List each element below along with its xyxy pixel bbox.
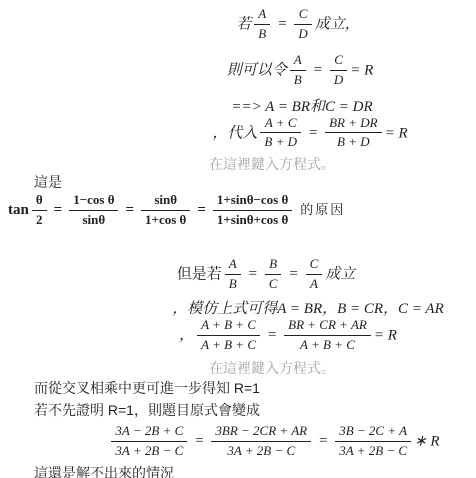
equation-placeholder-text[interactable]: 在這裡鍵入方程式。 xyxy=(209,360,335,376)
equals-sign: = xyxy=(308,125,318,141)
intro-text: 這是 xyxy=(34,173,476,190)
fraction-numerator: A + B + C xyxy=(197,317,260,336)
body-text-conclusion: 這還是解不出來的情況 xyxy=(34,464,476,478)
equation-line-8: 3A − 2B + C3A + 2B − C=3BR − 2CR + AR3A … xyxy=(36,423,476,460)
fraction-b-over-c: BC xyxy=(265,256,282,293)
eq2-tail: = R xyxy=(350,62,373,78)
equation-placeholder-1: 在這裡鍵入方程式。 xyxy=(34,154,476,171)
fraction-sum-ac-over-bd: A + CB + D xyxy=(260,115,301,152)
fraction-numerator: sinθ xyxy=(141,192,190,211)
eq3-left: ==> A = BR xyxy=(231,99,310,115)
fraction-sin-cos-combined: 1+sinθ−cos θ1+sinθ+cos θ xyxy=(213,192,292,229)
eq1-suffix: 成立， xyxy=(315,15,360,32)
equals-sign: = xyxy=(248,266,258,282)
fraction-numerator: A xyxy=(225,256,241,275)
body-text: 而從交叉相乘中更可進一步得知 R=1 xyxy=(34,380,260,396)
body-text-cross-multiply: 而從交叉相乘中更可進一步得知 R=1 xyxy=(34,379,476,398)
fraction-numerator: θ xyxy=(32,192,47,211)
eq2-prefix: 則可以令 xyxy=(227,61,287,78)
equation-line-1: 若AB=CD成立， xyxy=(60,6,476,43)
eq4-prefix: ，代入 xyxy=(212,124,257,141)
eq8-tail: ∗ R xyxy=(414,433,439,449)
fraction-denominator: 3A + 2B − C xyxy=(111,442,187,460)
fraction-numerator: BR + CR + AR xyxy=(284,317,371,336)
fraction-numerator: B xyxy=(265,256,282,275)
eq3-right: C = DR xyxy=(325,99,373,115)
fraction-brdr-over-bd: BR + DRB + D xyxy=(325,115,381,152)
fraction-abc-over-abc: A + B + CA + B + C xyxy=(197,317,260,354)
equals-sign: = xyxy=(318,433,328,449)
fraction-c-over-a: CA xyxy=(306,256,323,293)
eq7-prefix: ， xyxy=(179,326,194,343)
fraction-denominator: 3A + 2B − C xyxy=(211,442,311,460)
fraction-numerator: C xyxy=(330,52,347,71)
eq5-suffix: 成立 xyxy=(325,265,355,282)
body-text: 這還是解不出來的情況 xyxy=(34,465,174,478)
fraction-theta-over-2: θ2 xyxy=(32,192,47,229)
fraction-c-over-d: CD xyxy=(294,6,311,43)
intro-label: 這是 xyxy=(34,174,62,190)
tan-identity-equation: tanθ2=1−cos θsinθ=sinθ1+cos θ=1+sinθ−cos… xyxy=(8,192,476,229)
fraction-denominator: 3A + 2B − C xyxy=(335,442,411,460)
fraction-numerator: A xyxy=(290,52,306,71)
equals-sign: = xyxy=(197,202,206,218)
fraction-denominator: D xyxy=(294,25,311,43)
equation-line-2: 則可以令AB=CD= R xyxy=(62,52,476,89)
equals-sign: = xyxy=(313,62,323,78)
fraction-numerator: 1+sinθ−cos θ xyxy=(213,192,292,211)
fraction-numerator: 3A − 2B + C xyxy=(111,423,187,442)
equation-line-6: ，模仿上式可得A = BR，B = CR，C = AR xyxy=(70,297,476,315)
equals-sign: = xyxy=(54,202,63,218)
fraction-numerator: A xyxy=(254,6,270,25)
equals-sign: = xyxy=(194,433,204,449)
fraction-denominator: B xyxy=(290,71,306,89)
word-document-page: 若AB=CD成立， 則可以令AB=CD= R ==> A = BR和C = DR… xyxy=(0,0,476,478)
eq7-tail: = R xyxy=(374,327,397,343)
equation-placeholder-text[interactable]: 在這裡鍵入方程式。 xyxy=(209,156,335,172)
fraction-denominator: A + B + C xyxy=(197,336,260,354)
fraction-denominator: A + B + C xyxy=(284,336,371,354)
fraction-3br2crar-middle: 3BR − 2CR + AR3A + 2B − C xyxy=(211,423,311,460)
eq6-equalities: A = BR，B = CR，C = AR xyxy=(277,301,443,317)
body-text-if-not-proved: 若不先證明 R=1，則題目原式會變成 xyxy=(34,401,476,420)
equation-line-5: 但是若AB=BC=CA成立 xyxy=(28,256,476,293)
eq4-tail: = R xyxy=(385,125,408,141)
fraction-numerator: C xyxy=(306,256,323,275)
fraction-numerator: 3B − 2C + A xyxy=(335,423,411,442)
fraction-3a2bc-left: 3A − 2B + C3A + 2B − C xyxy=(111,423,187,460)
equation-line-4: ，代入A + CB + D=BR + DRB + D= R xyxy=(72,115,476,152)
eq6-prefix: ，模仿上式可得 xyxy=(172,300,277,317)
fraction-denominator: sinθ xyxy=(69,211,118,229)
equation-line-3: ==> A = BR和C = DR xyxy=(64,95,476,113)
fraction-numerator: C xyxy=(294,6,311,25)
fraction-numerator: A + C xyxy=(260,115,301,134)
fraction-a-over-b: AB xyxy=(254,6,270,43)
eq5-prefix: 但是若 xyxy=(177,265,222,282)
fraction-c-over-d: CD xyxy=(330,52,347,89)
fraction-1-minus-cos-over-sin: 1−cos θsinθ xyxy=(69,192,118,229)
equals-sign: = xyxy=(277,16,287,32)
fraction-brcrar-over-abc: BR + CR + ARA + B + C xyxy=(284,317,371,354)
fraction-sin-over-1-plus-cos: sinθ1+cos θ xyxy=(141,192,190,229)
fraction-denominator: B + D xyxy=(260,133,301,151)
fraction-denominator: 1+cos θ xyxy=(141,211,190,229)
fraction-denominator: B + D xyxy=(325,133,381,151)
fraction-denominator: 1+sinθ+cos θ xyxy=(213,211,292,229)
fraction-denominator: B xyxy=(254,25,270,43)
equals-sign: = xyxy=(125,202,134,218)
equals-sign: = xyxy=(267,327,277,343)
eq1-prefix: 若 xyxy=(236,15,251,32)
fraction-denominator: C xyxy=(265,275,282,293)
body-text: 若不先證明 R=1，則題目原式會變成 xyxy=(34,402,260,418)
fraction-denominator: B xyxy=(225,275,241,293)
tan-reason-suffix: 的原因 xyxy=(300,202,345,217)
eq3-and: 和 xyxy=(310,98,325,115)
fraction-numerator: 1−cos θ xyxy=(69,192,118,211)
fraction-a-over-b: AB xyxy=(290,52,306,89)
fraction-denominator: A xyxy=(306,275,323,293)
fraction-numerator: BR + DR xyxy=(325,115,381,134)
fraction-numerator: 3BR − 2CR + AR xyxy=(211,423,311,442)
equation-placeholder-2: 在這裡鍵入方程式。 xyxy=(34,358,476,375)
fraction-a-over-b: AB xyxy=(225,256,241,293)
fraction-denominator: D xyxy=(330,71,347,89)
fraction-3b2ca-right: 3B − 2C + A3A + 2B − C xyxy=(335,423,411,460)
fraction-denominator: 2 xyxy=(32,211,47,229)
equals-sign: = xyxy=(288,266,298,282)
equation-line-7: ，A + B + CA + B + C=BR + CR + ARA + B + … xyxy=(50,317,476,354)
tan-function-name: tan xyxy=(8,202,29,218)
